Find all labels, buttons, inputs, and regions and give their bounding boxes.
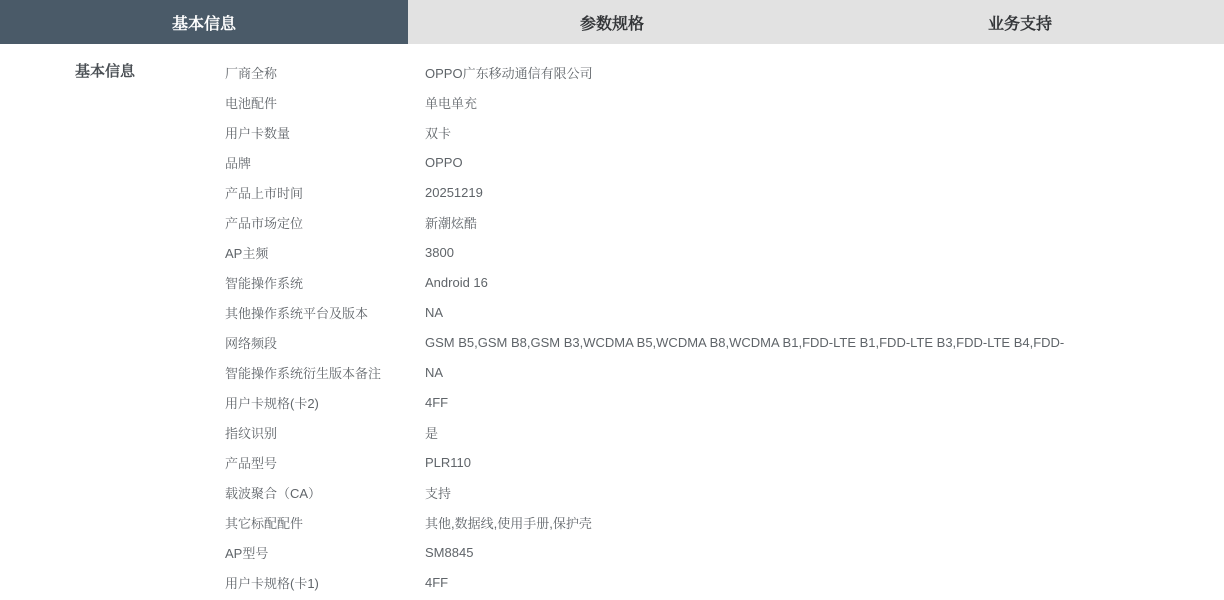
spec-label: 网络频段 [225,333,425,352]
spec-value: 其他,数据线,使用手册,保护壳 [425,513,1224,532]
spec-value: 新潮炫酷 [425,213,1224,232]
spec-row: AP主频3800 [225,237,1224,267]
spec-row: 用户卡规格(卡2)4FF [225,387,1224,417]
content-area: 基本信息 厂商全称OPPO广东移动通信有限公司电池配件单电单充用户卡数量双卡品牌… [0,44,1224,597]
tab-parameter-specs[interactable]: 参数规格 [408,0,816,44]
spec-value: NA [425,305,1224,320]
spec-value: NA [425,365,1224,380]
spec-value: GSM B5,GSM B8,GSM B3,WCDMA B5,WCDMA B8,W… [425,335,1224,350]
section-title: 基本信息 [75,57,225,597]
spec-row: 智能操作系统衍生版本备注NA [225,357,1224,387]
spec-value: PLR110 [425,455,1224,470]
spec-value: Android 16 [425,275,1224,290]
spec-row: 网络频段GSM B5,GSM B8,GSM B3,WCDMA B5,WCDMA … [225,327,1224,357]
spec-value: 3800 [425,245,1224,260]
spec-row: 用户卡规格(卡1)4FF [225,567,1224,597]
spec-label: 产品上市时间 [225,183,425,202]
spec-label: 品牌 [225,153,425,172]
spec-label: 指纹识别 [225,423,425,442]
tab-basic-info[interactable]: 基本信息 [0,0,408,44]
spec-row: 载波聚合（CA）支持 [225,477,1224,507]
spec-label: 其它标配配件 [225,513,425,532]
spec-row: 厂商全称OPPO广东移动通信有限公司 [225,57,1224,87]
spec-row: 产品市场定位新潮炫酷 [225,207,1224,237]
spec-row: 智能操作系统Android 16 [225,267,1224,297]
spec-row: 产品上市时间20251219 [225,177,1224,207]
spec-label: 用户卡规格(卡1) [225,573,425,592]
spec-value: OPPO [425,155,1224,170]
spec-row: 其他操作系统平台及版本NA [225,297,1224,327]
spec-label: 其他操作系统平台及版本 [225,303,425,322]
spec-value: 支持 [425,483,1224,502]
spec-value: 20251219 [425,185,1224,200]
tab-service-support[interactable]: 业务支持 [816,0,1224,44]
spec-label: 智能操作系统 [225,273,425,292]
spec-value: 是 [425,423,1224,442]
spec-value: OPPO广东移动通信有限公司 [425,63,1224,82]
spec-label: 电池配件 [225,93,425,112]
spec-value: 单电单充 [425,93,1224,112]
spec-list: 厂商全称OPPO广东移动通信有限公司电池配件单电单充用户卡数量双卡品牌OPPO产… [225,57,1224,597]
tab-bar: 基本信息 参数规格 业务支持 [0,0,1224,44]
spec-row: 其它标配配件其他,数据线,使用手册,保护壳 [225,507,1224,537]
spec-label: AP主频 [225,243,425,262]
spec-row: 指纹识别是 [225,417,1224,447]
spec-label: 智能操作系统衍生版本备注 [225,363,425,382]
spec-row: AP型号SM8845 [225,537,1224,567]
spec-label: 厂商全称 [225,63,425,82]
spec-label: 产品型号 [225,453,425,472]
spec-label: 用户卡规格(卡2) [225,393,425,412]
spec-label: AP型号 [225,543,425,562]
spec-label: 载波聚合（CA） [225,483,425,502]
spec-row: 电池配件单电单充 [225,87,1224,117]
spec-value: 4FF [425,575,1224,590]
spec-value: SM8845 [425,545,1224,560]
spec-label: 产品市场定位 [225,213,425,232]
spec-row: 产品型号PLR110 [225,447,1224,477]
spec-row: 用户卡数量双卡 [225,117,1224,147]
spec-row: 品牌OPPO [225,147,1224,177]
spec-label: 用户卡数量 [225,123,425,142]
spec-value: 4FF [425,395,1224,410]
spec-value: 双卡 [425,123,1224,142]
